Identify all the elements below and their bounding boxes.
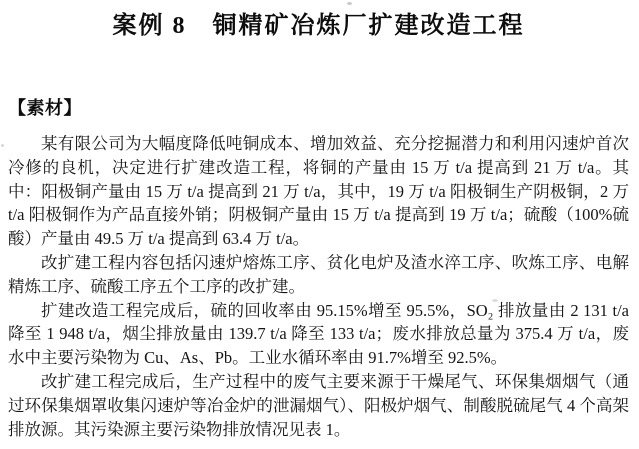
scan-artifact-dot [1, 144, 4, 147]
section-heading-sucai: 【素材】 [8, 96, 629, 120]
body-text: 某有限公司为大幅度降低吨铜成本、增加效益、充分挖掘潜力和利用闪速炉首次冷修的良机… [8, 132, 629, 441]
scan-artifact-dot [492, 299, 498, 302]
paragraph-project-scope: 改扩建工程内容包括闪速炉熔炼工序、贫化电炉及渣水淬工序、吹炼工序、电解精炼工序、… [8, 251, 629, 299]
page-title: 案例 8 铜精矿冶炼厂扩建改造工程 [8, 10, 629, 42]
paragraph-emission-results: 扩建改造工程完成后，硫的回收率由 95.15%增至 95.5%，SO₂ 排放量由… [8, 299, 629, 370]
document-page: 案例 8 铜精矿冶炼厂扩建改造工程 【素材】 某有限公司为大幅度降低吨铜成本、增… [0, 0, 639, 449]
paragraph-project-overview: 某有限公司为大幅度降低吨铜成本、增加效益、充分挖掘潜力和利用闪速炉首次冷修的良机… [8, 132, 629, 251]
paragraph-waste-gas-sources: 改扩建工程完成后，生产过程中的废气主要来源于干燥尾气、环保集烟烟气（通过环保集烟… [8, 370, 629, 441]
scan-artifact-dot [347, 2, 352, 5]
